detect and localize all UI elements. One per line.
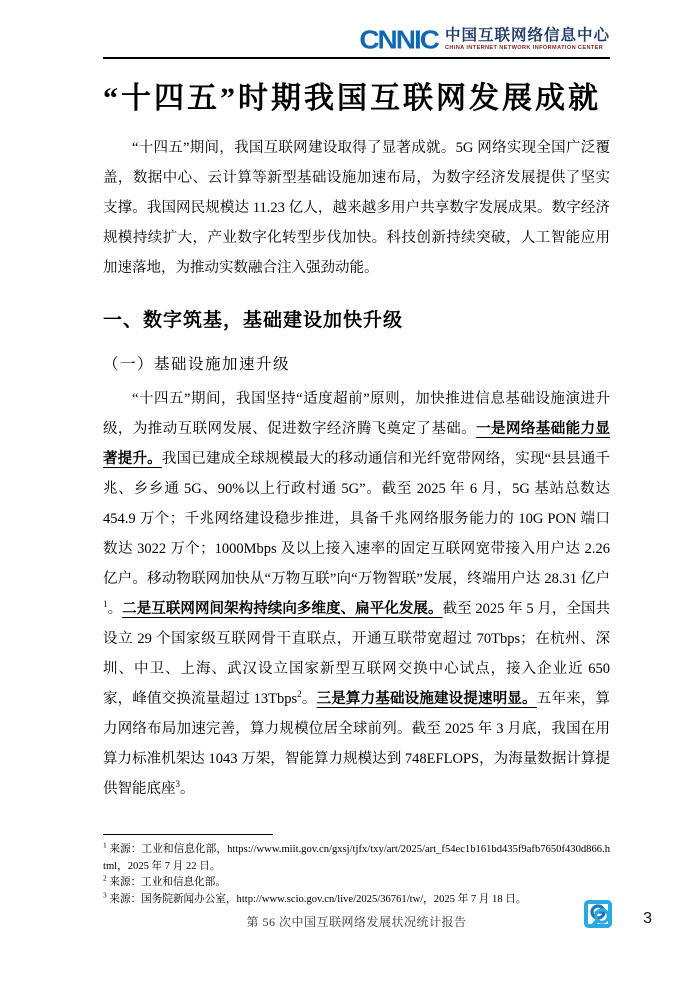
body-text: 我国已建成全球规模最大的移动通信和光纤宽带网络，实现“县县通千兆、乡乡通 5G、… <box>103 451 610 587</box>
key-phrase: 二是互联网网间架构持续向多维度、扁平化发展。 <box>122 601 442 617</box>
org-name-cn: 中国互联网络信息中心 <box>445 28 610 44</box>
footnote-item: 2 来源：工业和信息化部。 <box>103 875 610 892</box>
cnnic-logo: CNNIC 中国互联网络信息中心 CHINA INTERNET NETWORK … <box>359 26 610 54</box>
key-phrase: 三是算力基础设施建设提速明显。 <box>317 691 537 707</box>
footnote-item: 1 来源：工业和信息化部，https://www.miit.gov.cn/gxs… <box>103 842 610 875</box>
report-page: CNNIC 中国互联网络信息中心 CHINA INTERNET NETWORK … <box>0 0 694 982</box>
header-divider <box>103 57 610 59</box>
document-body: “十四五”时期我国互联网发展成就 “十四五”期间，我国互联网建设取得了显著成就。… <box>103 77 610 804</box>
body-paragraph: “十四五”期间，我国坚持“适度超前”原则，加快推进信息基础设施演进升级，为推动互… <box>103 384 610 804</box>
org-name-en: CHINA INTERNET NETWORK INFORMATION CENTE… <box>445 46 610 52</box>
section-heading: 一、数字筑基，基础建设加快升级 <box>103 305 610 332</box>
cnnic-logo-text: CNNIC <box>359 27 438 53</box>
footnotes: 1 来源：工业和信息化部，https://www.miit.gov.cn/gxs… <box>103 834 610 909</box>
header: CNNIC 中国互联网络信息中心 CHINA INTERNET NETWORK … <box>103 26 610 54</box>
page-title: “十四五”时期我国互联网发展成就 <box>103 77 610 121</box>
body-text: 。 <box>180 781 195 797</box>
intro-paragraph: “十四五”期间，我国互联网建设取得了显著成就。5G 网络实现全国广泛覆盖，数据中… <box>103 133 610 283</box>
magnifier-document-icon <box>583 899 616 932</box>
body-text: 。 <box>108 601 123 617</box>
footnote-item: 3 来源：国务院新闻办公室，http://www.scio.gov.cn/liv… <box>103 892 610 909</box>
subsection-heading: （一）基础设施加速升级 <box>103 352 610 374</box>
body-text: 。 <box>302 691 317 707</box>
footnote-list: 1 来源：工业和信息化部，https://www.miit.gov.cn/gxs… <box>103 842 610 908</box>
footer-report-title: 第 56 次中国互联网络发展状况统计报告 <box>103 913 610 930</box>
footnote-divider <box>103 834 273 836</box>
org-name-block: 中国互联网络信息中心 CHINA INTERNET NETWORK INFORM… <box>445 28 610 52</box>
page-number: 3 <box>643 910 652 928</box>
